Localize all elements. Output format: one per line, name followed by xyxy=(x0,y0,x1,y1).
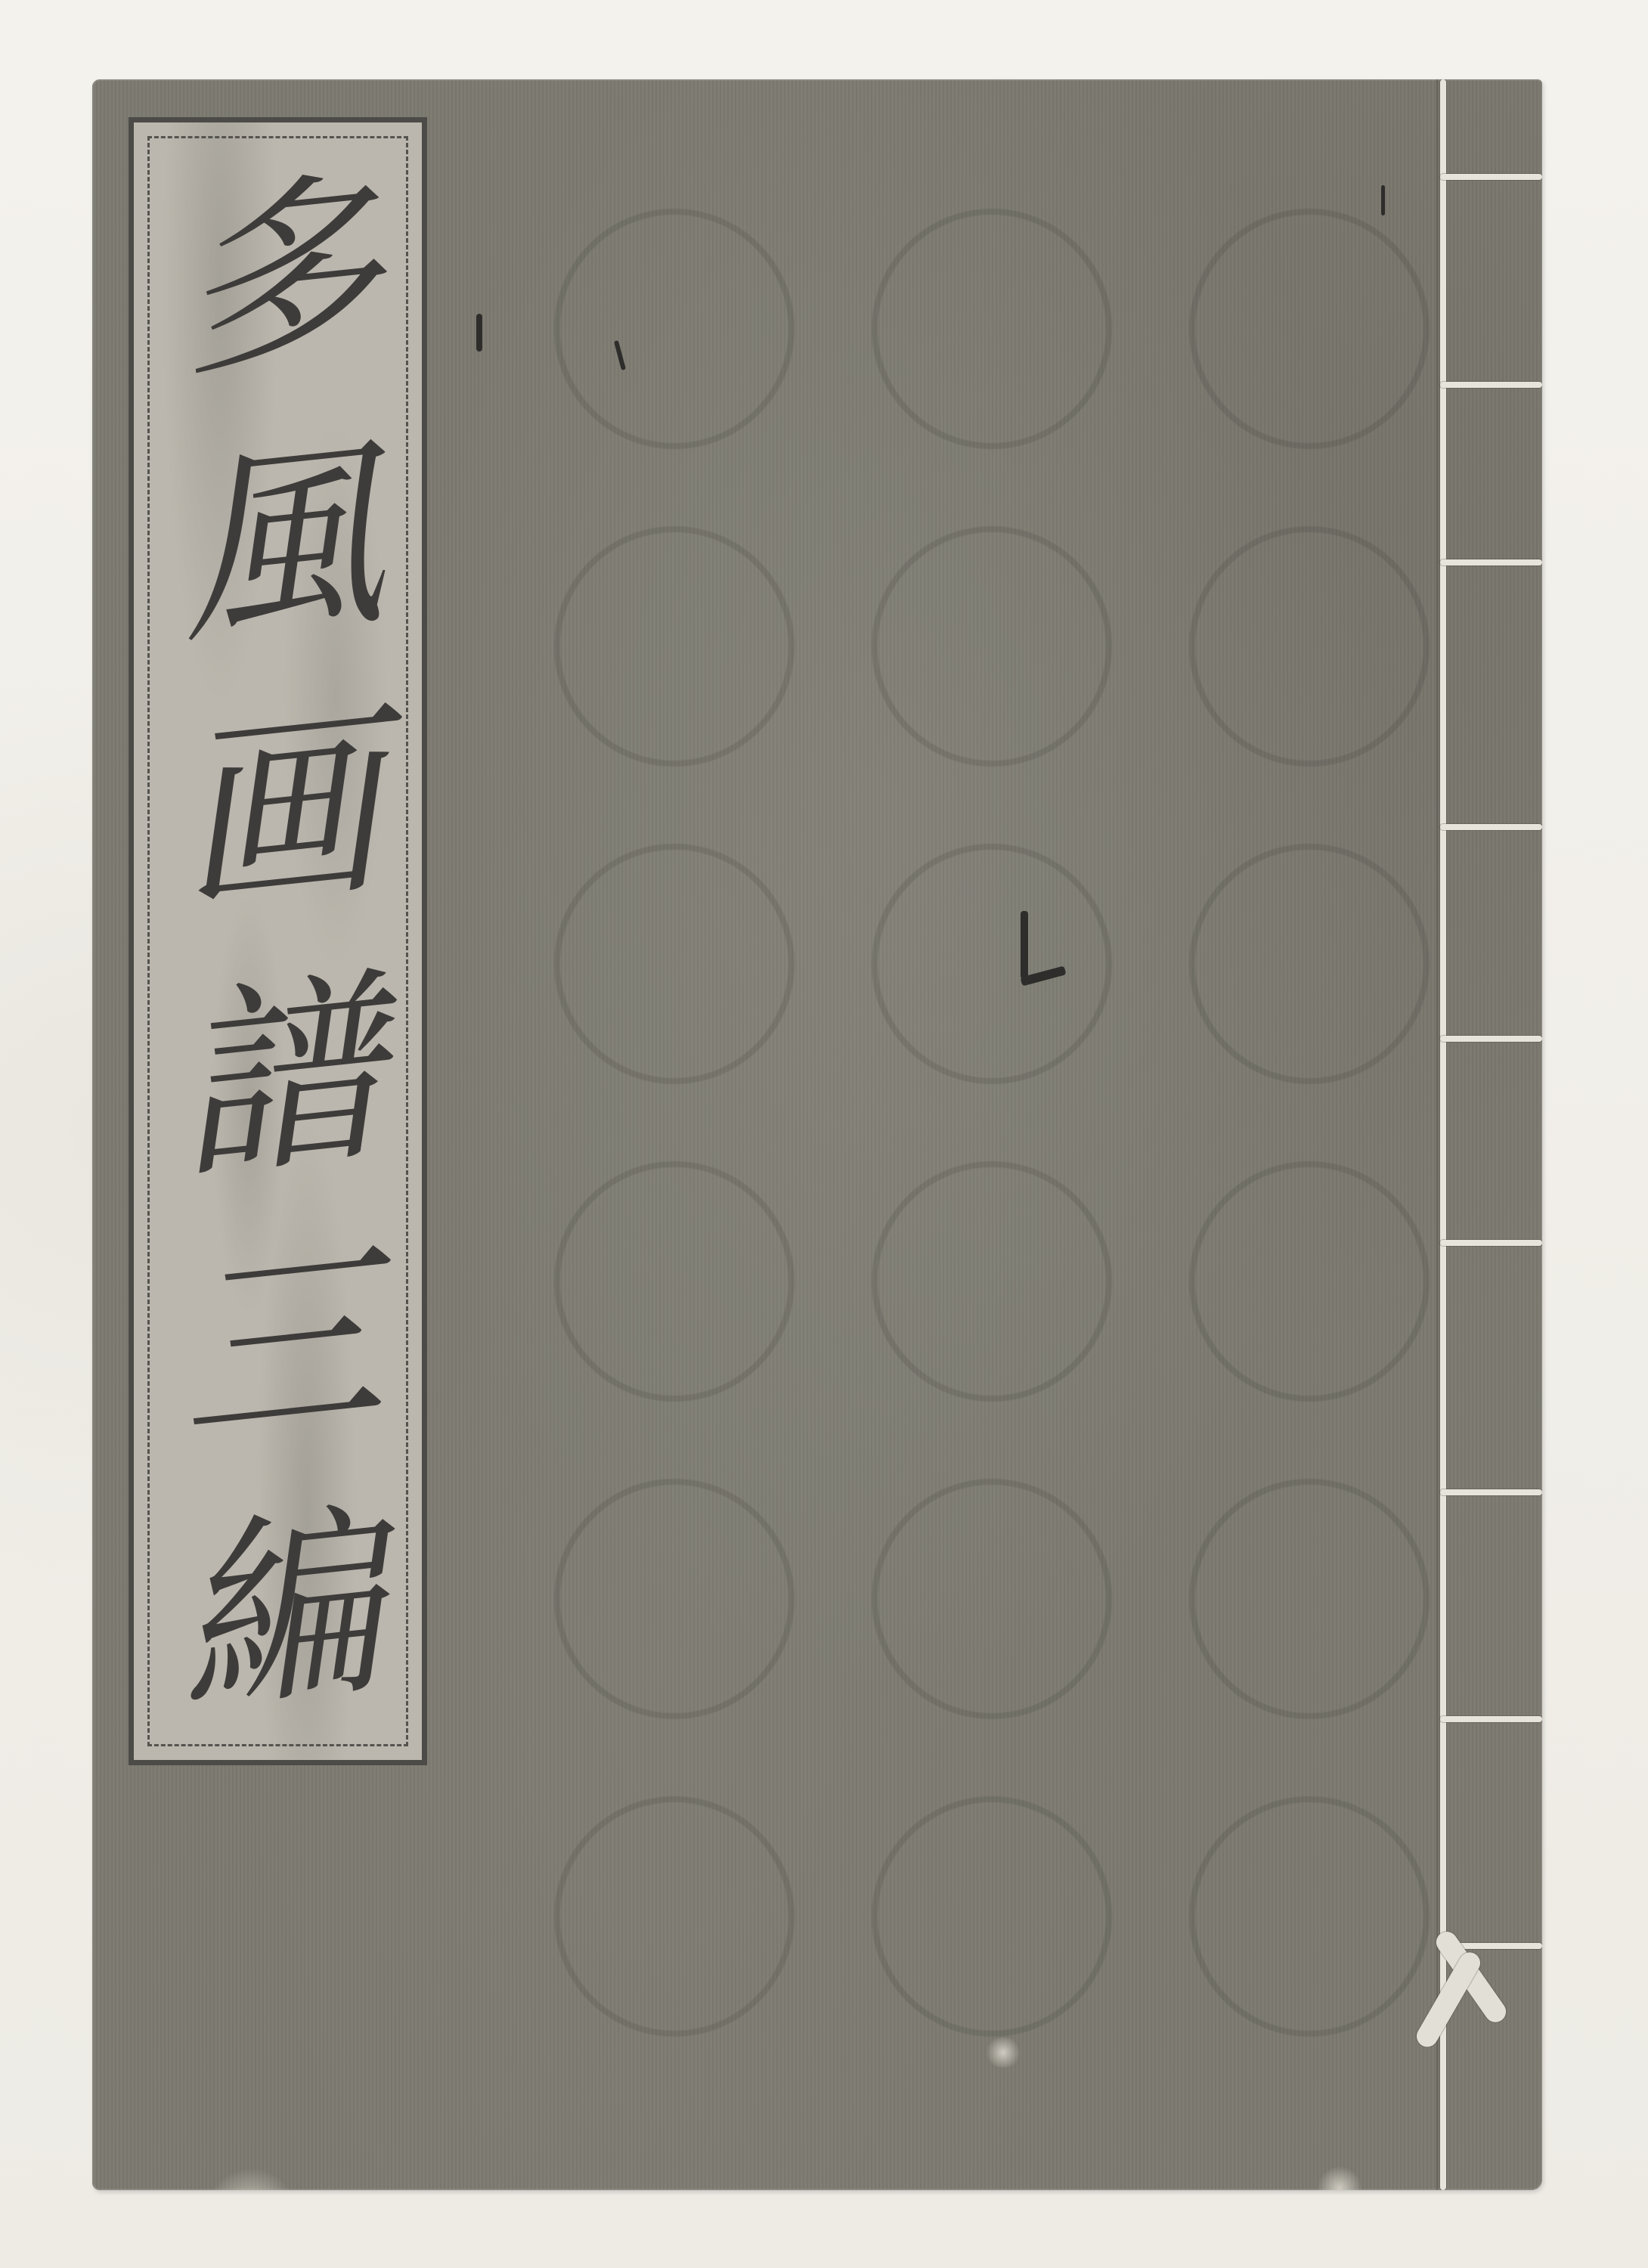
title-char: 風 xyxy=(166,432,390,657)
ink-mark xyxy=(476,314,482,352)
title-char: 編 xyxy=(166,1501,390,1725)
title-text: 多 風 画 譜 三 編 xyxy=(134,175,422,1715)
title-char: 譜 xyxy=(166,966,390,1191)
binding-thread-stitch xyxy=(1440,1716,1542,1722)
wear-spot xyxy=(984,2037,1022,2068)
title-char: 画 xyxy=(166,699,390,924)
binding-thread-stitch xyxy=(1440,1240,1542,1246)
binding-thread-stitch xyxy=(1440,174,1542,180)
title-char: 多 xyxy=(166,166,390,390)
binding-spine xyxy=(1436,79,1542,2190)
binding-thread-stitch xyxy=(1440,559,1542,565)
ink-mark xyxy=(1381,185,1385,215)
ink-mark xyxy=(1021,911,1028,979)
title-label: 多 風 画 譜 三 編 xyxy=(129,117,427,1765)
embossed-pattern xyxy=(516,170,1498,2098)
binding-thread-vertical xyxy=(1440,79,1446,2190)
binding-thread-stitch xyxy=(1440,824,1542,830)
book-cover: 多 風 画 譜 三 編 xyxy=(92,79,1542,2190)
binding-thread-stitch xyxy=(1440,1489,1542,1495)
title-char: 三 xyxy=(166,1233,390,1458)
binding-thread-stitch xyxy=(1440,382,1542,388)
binding-thread-stitch xyxy=(1440,1036,1542,1042)
